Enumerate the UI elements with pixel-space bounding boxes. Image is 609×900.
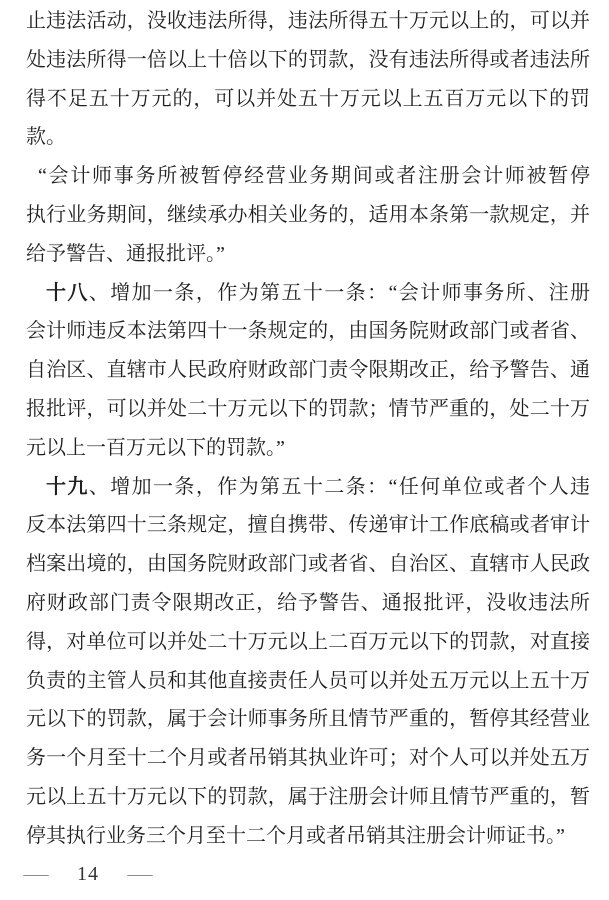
footer-right-dash: — [128,862,153,886]
para-quote-clause: “会计师事务所被暂停经营业务期间或者注册会计师被暂停执行业务期间，继续承办相关业… [26,157,590,273]
page-number: 14 [77,862,99,886]
text-line: 元以上五十万元以下的罚款，属于注册会计师且情节严重的，暂 [26,778,590,817]
text-line: 执行业务期间，继续承办相关业务的，适用本条第一款规定，并 [26,196,590,235]
text-line: 报批评，可以并处二十万元以下的罚款；情节严重的，处二十万 [26,390,590,429]
text-line: 负责的主管人员和其他直接责任人员可以并处五万元以上五十万 [26,662,590,701]
text-line: 元以上一百万元以下的罚款。” [26,429,590,468]
text-line: 自治区、直辖市人民政府财政部门责令限期改正，给予警告、通 [26,351,590,390]
text-line: 反本法第四十三条规定，擅自携带、传递审计工作底稿或者审计 [26,506,590,545]
text-line: 十八、增加一条，作为第五十一条：“会计师事务所、注册 [26,274,590,313]
text-line: 得，对单位可以并处二十万元以上二百万元以下的罚款，对直接 [26,623,590,662]
footer-left-dash: — [24,862,49,886]
para-continuation: 止违法活动，没收违法所得，违法所得五十万元以上的，可以并处违法所得一倍以上十倍以… [26,2,590,157]
text-line: “会计师事务所被暂停经营业务期间或者注册会计师被暂停 [26,157,590,196]
text-line: 府财政部门责令限期改正，给予警告、通报批评，没收违法所 [26,584,590,623]
text-line: 款。 [26,118,590,157]
section-number-bold: 十八 [46,282,89,304]
text-line: 务一个月至十二个月或者吊销其执业许可；对个人可以并处五万 [26,739,590,778]
para-item-19: 十九、增加一条，作为第五十二条：“任何单位或者个人违反本法第四十三条规定，擅自携… [26,468,590,856]
text-line: 元以下的罚款，属于会计师事务所且情节严重的，暂停其经营业 [26,700,590,739]
page-footer: — 14 — [26,862,150,886]
section-number-bold: 十九 [46,476,89,498]
text-line: 止违法活动，没收违法所得，违法所得五十万元以上的，可以并 [26,2,590,41]
text-line: 十九、增加一条，作为第五十二条：“任何单位或者个人违 [26,468,590,507]
text-line: 会计师违反本法第四十一条规定的，由国务院财政部门或者省、 [26,312,590,351]
text-line: 停其执行业务三个月至十二个月或者吊销其注册会计师证书。” [26,817,590,856]
text-line: 给予警告、通报批评。” [26,235,590,274]
para-item-18: 十八、增加一条，作为第五十一条：“会计师事务所、注册会计师违反本法第四十一条规定… [26,274,590,468]
text-line: 处违法所得一倍以上十倍以下的罚款，没有违法所得或者违法所 [26,41,590,80]
text-line: 得不足五十万元的，可以并处五十万元以上五百万元以下的罚 [26,80,590,119]
document-body: 止违法活动，没收违法所得，违法所得五十万元以上的，可以并处违法所得一倍以上十倍以… [26,2,590,856]
text-line: 档案出境的，由国务院财政部门或者省、自治区、直辖市人民政 [26,545,590,584]
document-page: 止违法活动，没收违法所得，违法所得五十万元以上的，可以并处违法所得一倍以上十倍以… [0,0,609,900]
